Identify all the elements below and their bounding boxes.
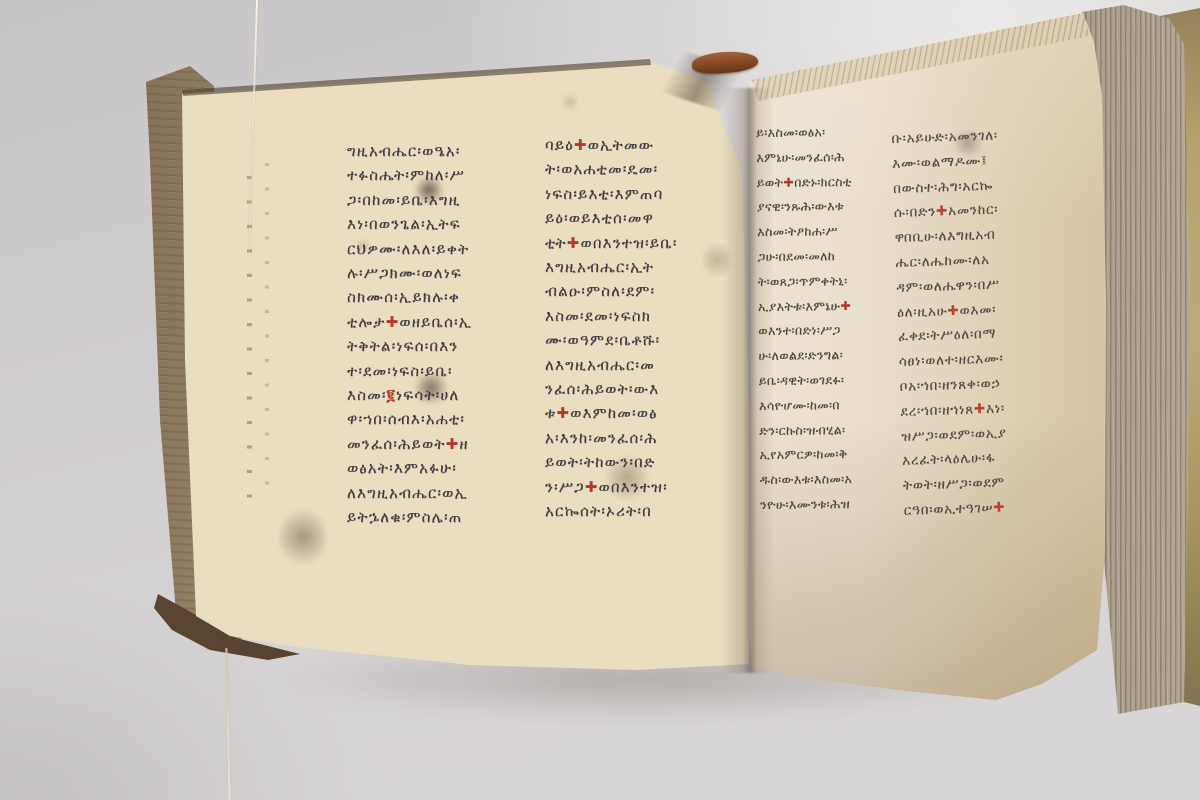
text-line: ብልዑ፡ምስለ፡ደም፡ (545, 279, 730, 303)
text-line: እነ፡በወንጌል፡ኢትፍ (347, 212, 532, 236)
left-page-column-2: ባይዕ✚ወኢትመውት፡ወአሐቲመ፡ዴመ፡ነፍስ፡ይእቲ፡እምጠባይዕ፡ወይእቲሰ… (545, 133, 730, 524)
text-line: ለእግዚአብሔር፡ወኢ (347, 481, 532, 505)
text-line: ንዮሁ፡እሙንቱ፡ሕዝ (760, 492, 885, 518)
text-line: እስመ፡፪ነፍሳት፡ሀለ (347, 383, 532, 407)
left-page-column-1: ግዚአብሔር፡ወዔአ፡ተፉስሔት፡ምከለ፡ሥጋ፡በከመ፡ይቤ፡እግዚእነ፡በወን… (347, 139, 532, 530)
text-line: ይወት፡ትከውን፡በድ (545, 450, 730, 474)
photograph-of-open-manuscript: ግዚአብሔር፡ወዔአ፡ተፉስሔት፡ምከለ፡ሥጋ፡በከመ፡ይቤ፡እግዚእነ፡በወን… (0, 0, 1200, 800)
text-line: ባይዕ✚ወኢትመው (545, 133, 730, 157)
text-line: ት፡ወአሐቲመ፡ዴመ፡ (545, 157, 730, 181)
text-line: ይ፡እስመ፡ወፅአ፡ (756, 120, 881, 146)
margin-prick-marks (265, 163, 269, 493)
text-line: ተፉስሔት፡ምከለ፡ሥ (347, 163, 532, 187)
text-line: ይዕ፡ወይእቲሰ፡መዋ (545, 206, 730, 230)
text-line: አርኰሰት፡ኦሪት፡በ (545, 499, 730, 523)
smudge-stain (280, 504, 326, 570)
text-line: ትቅትል፡ነፍሰ፡በእን (347, 334, 532, 358)
text-line: ሉ፡ሥጋክሙ፡ወለነፍ (347, 261, 532, 285)
text-line: ይቤ፡ዳዊት፡ወገደፉ፡ (759, 368, 884, 394)
text-line: ስክሙሰ፡ኢይክሉ፡ቀ (347, 285, 532, 309)
right-page-column-1: ይ፡እስመ፡ወፅአ፡እምኔሁ፡መንፈሰ፡ሕይወት✚በድኑ፡ክርስቲያናዊ፡ንጹሕ… (756, 120, 885, 518)
text-line: ወእንተ፡በድነ፡ሥጋ (758, 318, 883, 344)
text-line: እስመ፡ትፆከሐ፡ሥ (757, 219, 882, 245)
text-line: ያናዊ፡ንጹሕ፡ውእቱ (757, 194, 882, 220)
text-line: ኢያእትቱ፡እምኔሁ✚ (758, 293, 883, 319)
text-line: ተ፡ደመ፡ነፍስ፡ይቤ፡ (347, 359, 532, 383)
text-line: ቱ✚ወእምከመ፡ወፅ (545, 401, 730, 425)
text-line: ዱስ፡ውእቱ፡እስመ፡አ (760, 467, 885, 493)
text-line: ዋ፡ኀበ፡ሰብእ፡አሐቲ፡ (347, 407, 532, 431)
right-page-column-2: ቡ፡አይሁድ፡አመንገለ፡እሙ፡ወልማዶሙ፤በውስተ፡ሕግ፡አርኰሱ፡በድን✚አ… (891, 122, 1064, 524)
text-line: ርህዎሙ፡ለእለ፡ይቀት (347, 237, 532, 261)
text-line: ንፈሰ፡ሕይወት፡ውእ (545, 377, 730, 401)
text-line: እሳዮሆሙ፡ከመ፡በ (759, 392, 884, 418)
text-line: ድን፡ርኩስ፡ዝብሂል፡ (759, 417, 884, 443)
text-line: ለእግዚአብሔር፡መ (545, 353, 730, 377)
text-line: ቲት✚ወበእንተዝ፡ይቤ፡ (545, 231, 730, 255)
text-line: ነፍስ፡ይእቲ፡እምጠባ (545, 182, 730, 206)
text-line: ወፅአት፡እምአፉሁ፡ (347, 456, 532, 480)
text-line: ይትኌለቁ፡ምስሌ፡ጠ (347, 505, 532, 529)
text-line: ርዓበ፡ወኢተዓገሠ✚ (903, 493, 1064, 523)
text-line: ግዚአብሔር፡ወዔአ፡ (347, 139, 532, 163)
text-line: እግዚአብሔር፡ኢት (545, 255, 730, 279)
text-line: ጋሁ፡በደመ፡መለከ (757, 244, 882, 270)
text-line: እስመ፡ደመ፡ነፍስክ (545, 304, 730, 328)
text-line: እምኔሁ፡መንፈሰ፡ሕ (756, 144, 881, 170)
text-line: ሙ፡ወዓምደ፡ቤቶሹ፡ (545, 328, 730, 352)
text-line: መንፈሰ፡ሕይወት✚ዘ (347, 432, 532, 456)
text-line: ቲሎታ✚ወዘይቤሰ፡ኢ (347, 310, 532, 334)
text-line: ጋ፡በከመ፡ይቤ፡እግዚ (347, 188, 532, 212)
text-line: ሁ፡ለወልደ፡ድንግል፡ (758, 343, 883, 369)
text-line: ት፡ወጸጋ፡ጥምቀትኒ፡ (758, 268, 883, 294)
text-line: ኢየአምርዎ፡ከመ፡ቅ (759, 442, 884, 468)
text-line: ን፡ሥጋ✚ወበእንተዝ፡ (545, 475, 730, 499)
text-line: ይወት✚በድኑ፡ክርስቲ (757, 169, 882, 195)
foxing-spot (560, 95, 580, 109)
text-line: አ፡እንከ፡መንፈሰ፡ሕ (545, 426, 730, 450)
